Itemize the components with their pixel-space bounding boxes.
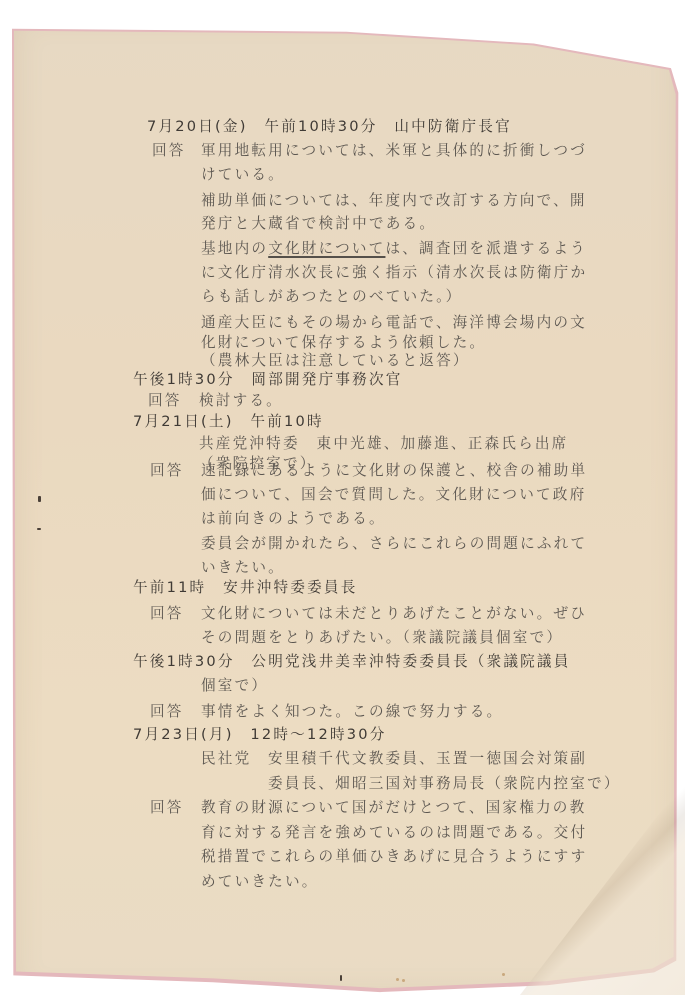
answer-label: 回答	[150, 462, 184, 480]
answer-line: に文化庁清水次長に強く指示（清水次長は防衛庁か	[201, 264, 587, 282]
entry-header: 午前11時 安井沖特委委員長	[133, 579, 358, 597]
entry-header-cont: 個室で）	[201, 677, 268, 695]
answer-line: （農林大臣は注意していると返答）	[201, 352, 470, 370]
entry-header: 7月21日(土) 午前10時	[133, 413, 324, 431]
answer-label: 回答	[152, 142, 186, 160]
text-segment: 基地内の	[201, 240, 268, 257]
binding-hole-mark	[38, 496, 41, 502]
answer-line: 委員会が開かれたら、さらにこれらの問題にふれて	[201, 535, 587, 553]
attendees-line: 委員長、畑昭三国対事務局長（衆院内控室で）	[268, 775, 621, 793]
entry-header: 7月20日(金) 午前10時30分 山中防衛庁長官	[147, 118, 512, 136]
typed-memo: 7月20日(金) 午前10時30分 山中防衛庁長官 回答 軍用地転用については、…	[0, 0, 687, 1000]
text-segment: は、調査団を派遣するよう	[385, 240, 587, 257]
answer-line: その問題をとりあげたい。（衆議院議員個室で）	[201, 629, 563, 647]
answer-line: は前向きのようである。	[201, 510, 386, 528]
answer-line: けている。	[201, 166, 285, 184]
answer-line: 通産大臣にもその場から電話で、海洋博会場内の文	[201, 314, 587, 332]
tear-mark	[340, 975, 342, 981]
answer-line: いきたい。	[201, 559, 285, 577]
answer-line: 補助単価については、年度内で改訂する方向で、開	[201, 192, 587, 210]
answer-label: 回答	[148, 392, 182, 410]
entry-header: 午後1時30分 公明党浅井美幸沖特委委員長（衆議院議員	[133, 653, 571, 671]
answer-line: 化財について保存するよう依頼した。	[201, 334, 486, 352]
answer-line: 文化財については未だとりあげたことがない。ぜひ	[201, 605, 587, 623]
answer-line: 事情をよく知つた。この線で努力する。	[201, 703, 503, 721]
answer-line: 速記録にあるように文化財の保護と、校舎の補助単	[201, 462, 587, 480]
party-label: 民社党	[201, 750, 251, 768]
answer-label: 回答	[150, 799, 184, 817]
answer-line: 軍用地転用については、米軍と具体的に折衝しつづ	[201, 142, 587, 160]
answer-line: 税措置でこれらの単価ひきあげに見合うようにすす	[201, 848, 587, 866]
answer-line: らも話しがあつたとのべていた。）	[201, 288, 462, 306]
entry-header: 午後1時30分 岡部開発庁事務次官	[133, 371, 403, 389]
answer-line: 育に対する発言を強めているのは問題である。交付	[201, 824, 587, 842]
answer-label: 回答	[150, 703, 184, 721]
paper-speck	[396, 978, 399, 981]
paper-speck	[502, 973, 505, 976]
entry-header: 7月23日(月) 12時～12時30分	[133, 726, 387, 744]
answer-line: 検討する。	[199, 392, 283, 410]
answer-line: 教育の財源について国がだけとつて、国家権力の教	[201, 799, 586, 817]
underlined-phrase: 文化財について	[268, 240, 385, 257]
attendees-line: 共産党沖特委 東中光雄、加藤進、正森氏ら出席	[199, 435, 568, 453]
answer-line-underlined: 基地内の文化財については、調査団を派遣するよう	[201, 240, 587, 258]
answer-line: 発庁と大蔵省で検討中である。	[201, 215, 436, 233]
paper-speck	[402, 979, 405, 982]
answer-line: めていきたい。	[201, 873, 319, 891]
answer-label: 回答	[150, 605, 184, 623]
answer-line: 価について、国会で質問した。文化財について政府	[201, 486, 586, 504]
attendees-line: 安里積千代文教委員、玉置一徳国会対策副	[268, 750, 587, 768]
binding-hole-mark	[37, 528, 41, 530]
